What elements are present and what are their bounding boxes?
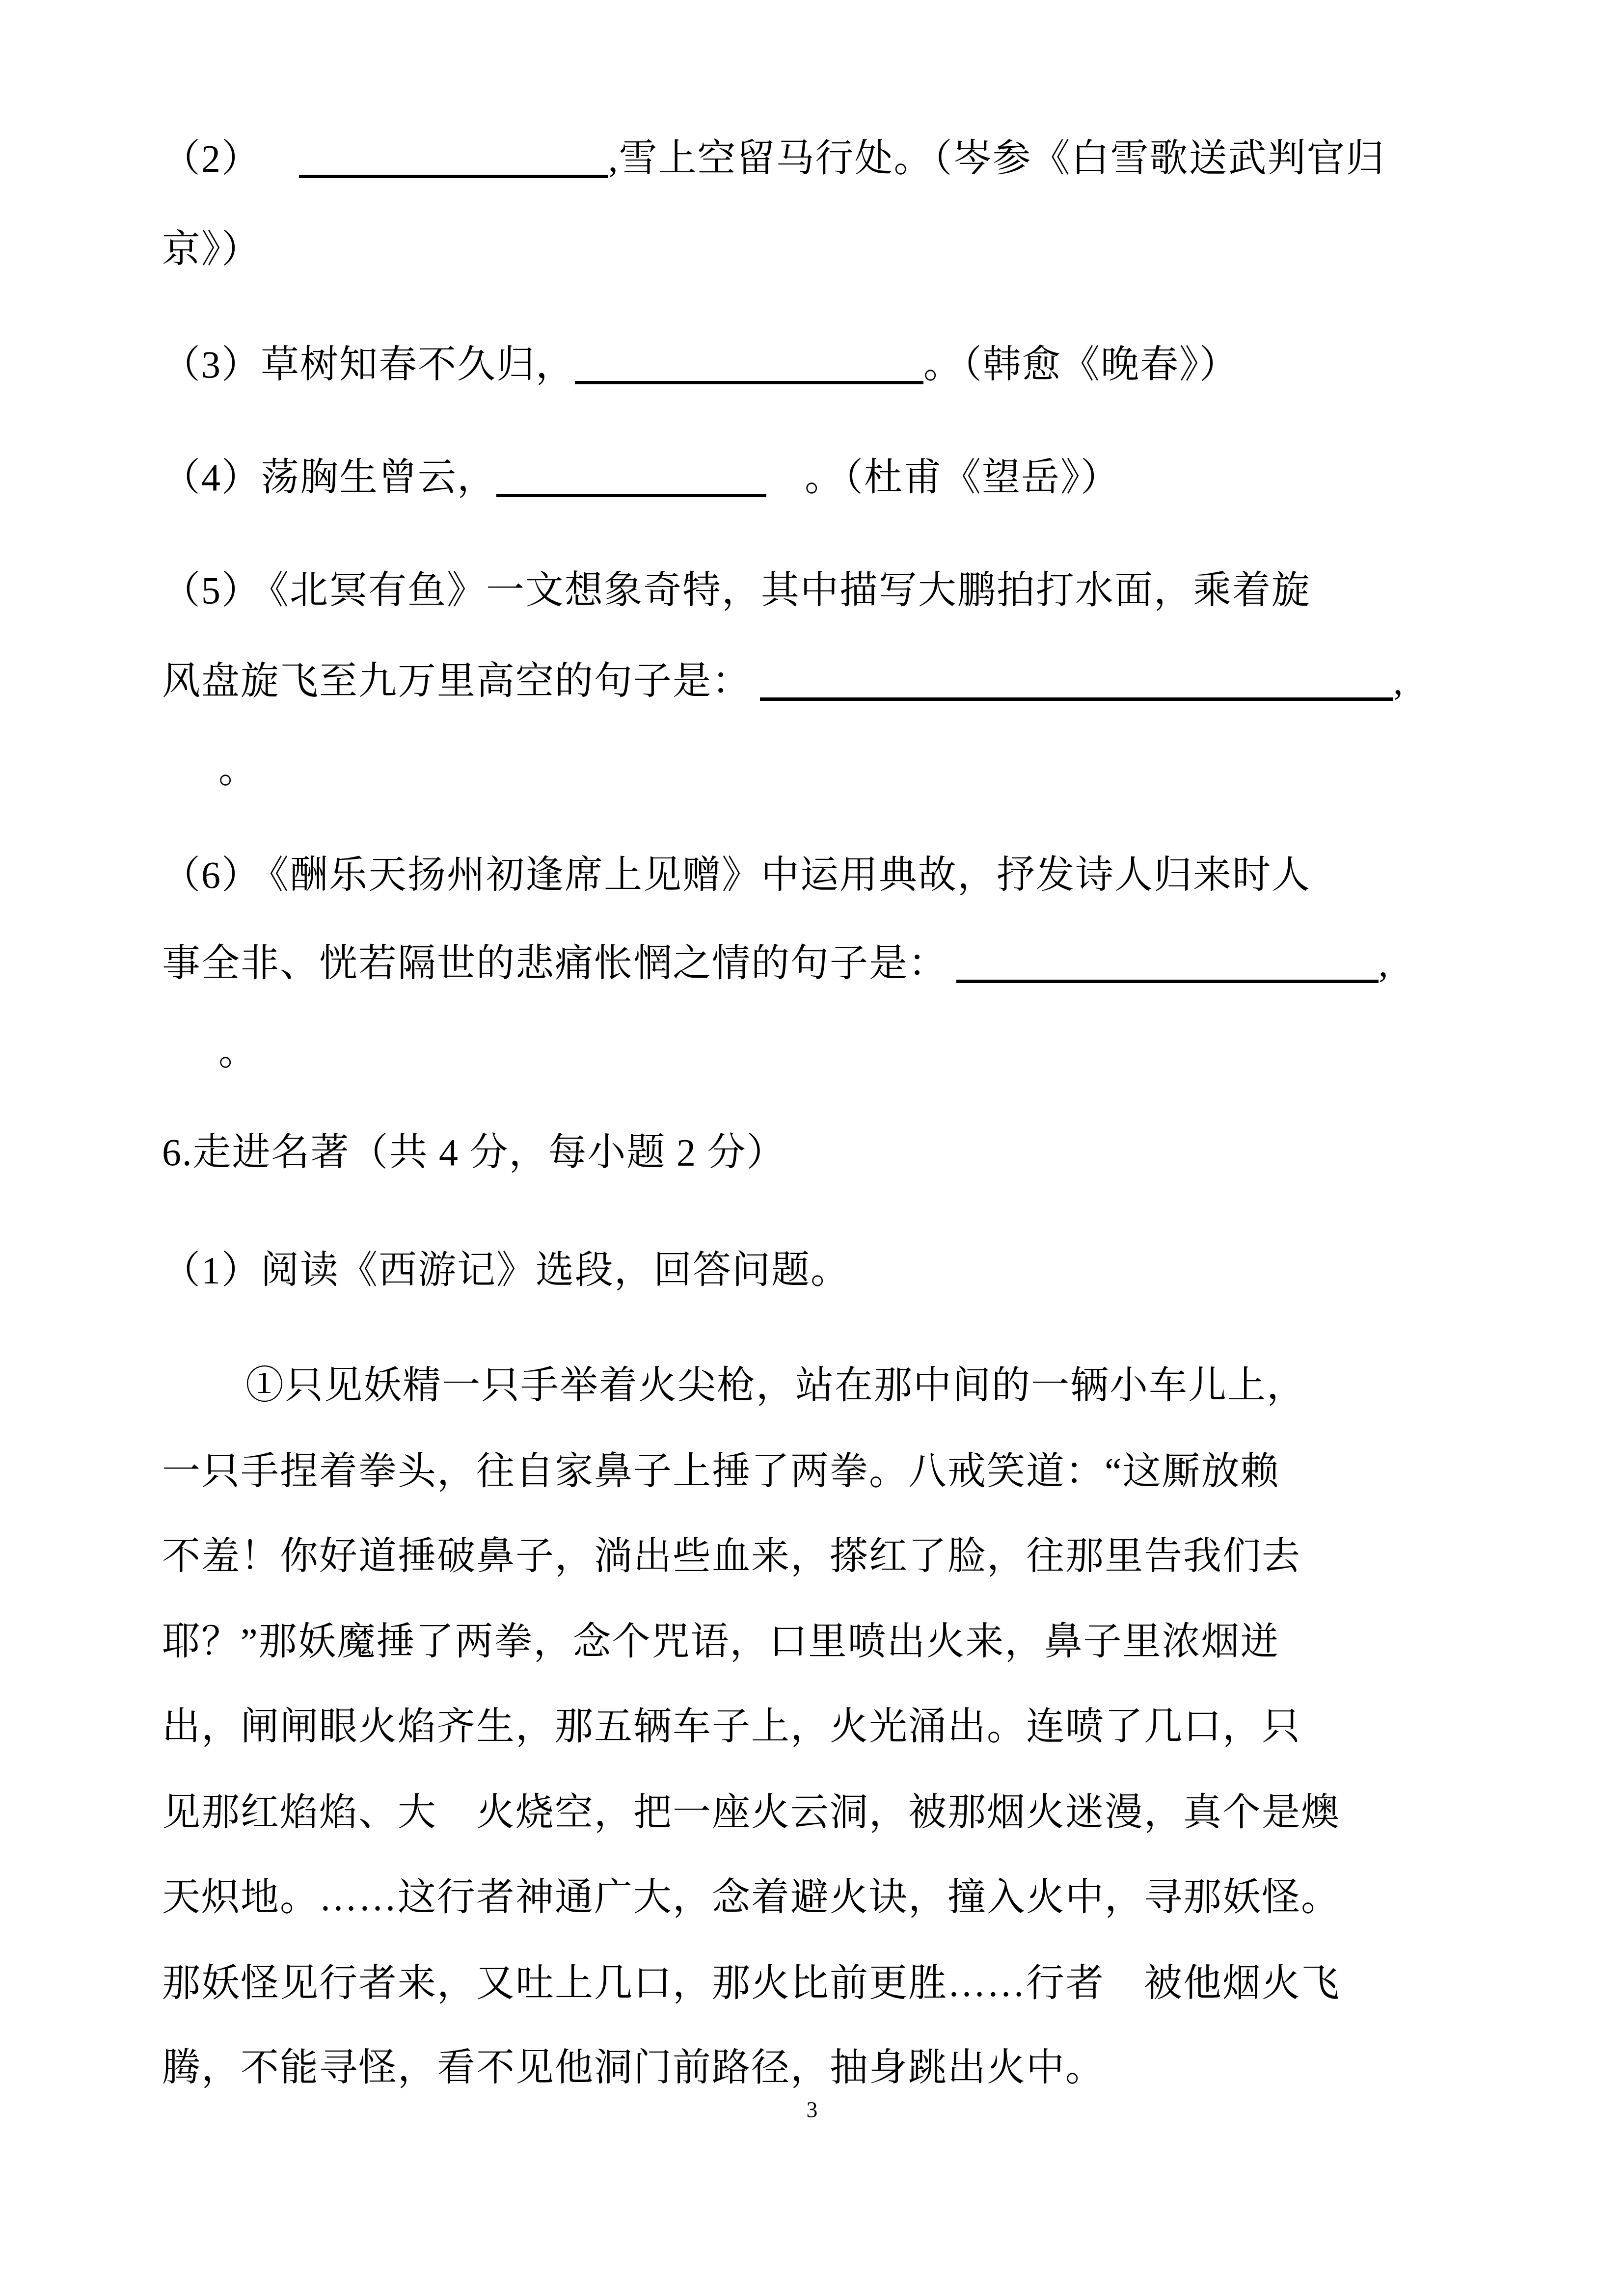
section-6-heading-text: 6.走进名著（共 4 分，每小题 2 分） [162,1131,786,1174]
question-3-text-after: 。（韩愈《晚春》） [923,343,1239,386]
passage-text: 一只手捏着拳头，往自家鼻子上捶了两拳。八戒笑道：“这厮放赖 [162,1450,1280,1493]
question-5-line-2: 风盘旋飞至九万里高空的句子是：, [162,655,1404,707]
exam-paper-page: （2）,雪上空留马行处。（岑参《白雪歌送武判官归 京》） （3）草树知春不久归，… [0,0,1624,2296]
question-3-label: （3） [162,343,261,386]
question-6-text-2: 事全非、恍若隔世的悲痛怅惘之情的句子是： [162,942,947,985]
passage-line: 出，闸闸眼火焰齐生，那五辆车子上，火光涌出。连喷了几口，只 [162,1701,1301,1752]
passage-text: 出，闸闸眼火焰齐生，那五辆车子上，火光涌出。连喷了几口，只 [162,1705,1301,1748]
question-5-answer-blank [760,658,1393,701]
question-6-text-1: 《酬乐天扬州初逢席上见赠》中运用典故，抒发诗人归来时人 [270,854,1311,896]
passage-line: 那妖怪见行者来，又吐上几口，那火比前更胜……行者 被他烟火飞 [162,1957,1340,2009]
question-2-text: ,雪上空留马行处。（岑参《白雪歌送武判官归 [608,137,1385,180]
passage-text: 见那红焰焰、大 火烧空，把一座火云洞，被那烟火迷漫，真个是燠 [162,1791,1340,1834]
question-2-answer-blank [299,135,608,178]
question-5-label: （5） [162,569,261,612]
question-5-text-2: 风盘旋飞至九万里高空的句子是： [162,660,751,702]
passage-line: 不羞！你好道捶破鼻子，淌出些血来，搽红了脸，往那里告我们去 [162,1530,1301,1582]
question-4-text-after: 。（杜甫《望岳》） [805,456,1120,499]
question-3-line: （3）草树知春不久归，。（韩愈《晚春》） [162,339,1239,390]
question-6-label: （6） [162,854,261,896]
question-2-wrap-text: 京》） [162,228,261,270]
page-number: 3 [0,2097,1624,2123]
passage-line: 一只手捏着拳头，往自家鼻子上捶了两拳。八戒笑道：“这厮放赖 [162,1445,1280,1497]
question-2-line-2: 京》） [162,223,261,275]
question-4-line: （4）荡胸生曾云，。（杜甫《望岳》） [162,452,1120,503]
question-4-text-before: 荡胸生曾云， [261,456,496,499]
passage-line: 见那红焰焰、大 火烧空，把一座火云洞，被那烟火迷漫，真个是燠 [162,1787,1340,1838]
question-4-label: （4） [162,456,261,499]
passage-line: 天炽地。……这行者神通广大，念着避火诀，撞入火中，寻那妖怪。 [162,1871,1340,1923]
passage-text: ①只见妖精一只手举着火尖枪，站在那中间的一辆小车儿上， [245,1364,1306,1407]
question-6-period: 。 [218,1030,258,1073]
question-6-answer-blank [956,940,1379,983]
question-3-text-before: 草树知春不久归， [261,343,575,386]
section-6-sub1: （1）阅读《西游记》选段，回答问题。 [162,1244,850,1296]
question-5-comma: , [1393,660,1404,702]
question-3-answer-blank [575,342,923,384]
question-6-line-3: 。 [218,1026,258,1077]
section-6-heading: 6.走进名著（共 4 分，每小题 2 分） [162,1126,786,1178]
question-5-text-1: 《北冥有鱼》一文想象奇特，其中描写大鹏拍打水面，乘着旋 [270,569,1311,612]
passage-text: 耶？”那妖魔捶了两拳，念个咒语，口里喷出火来，鼻子里浓烟迸 [162,1620,1280,1663]
section-6-sub1-text: （1）阅读《西游记》选段，回答问题。 [162,1249,850,1291]
passage-line: 腾，不能寻怪，看不见他洞门前路径，抽身跳出火中。 [162,2042,1105,2093]
passage-line: ①只见妖精一只手举着火尖枪，站在那中间的一辆小车儿上， [245,1360,1306,1411]
question-6-comma: , [1379,942,1389,985]
question-6-line-2: 事全非、恍若隔世的悲痛怅惘之情的句子是：, [162,937,1389,989]
passage-line: 耶？”那妖魔捶了两拳，念个咒语，口里喷出火来，鼻子里浓烟迸 [162,1616,1280,1667]
passage-text: 那妖怪见行者来，又吐上几口，那火比前更胜……行者 被他烟火飞 [162,1962,1340,2004]
passage-text: 腾，不能寻怪，看不见他洞门前路径，抽身跳出火中。 [162,2046,1105,2089]
question-5-period: 。 [218,748,258,791]
passage-text: 天炽地。……这行者神通广大，念着避火诀，撞入火中，寻那妖怪。 [162,1876,1340,1919]
question-5-line-1: （5）《北冥有鱼》一文想象奇特，其中描写大鹏拍打水面，乘着旋 [162,564,1311,616]
question-5-line-3: 。 [218,744,258,795]
page-number-text: 3 [807,2097,818,2122]
question-4-answer-blank [496,454,766,497]
passage-text: 不羞！你好道捶破鼻子，淌出些血来，搽红了脸，往那里告我们去 [162,1535,1301,1577]
question-2-line-1: （2）,雪上空留马行处。（岑参《白雪歌送武判官归 [162,133,1385,184]
question-6-line-1: （6）《酬乐天扬州初逢席上见赠》中运用典故，抒发诗人归来时人 [162,849,1311,901]
question-2-label: （2） [162,137,261,180]
